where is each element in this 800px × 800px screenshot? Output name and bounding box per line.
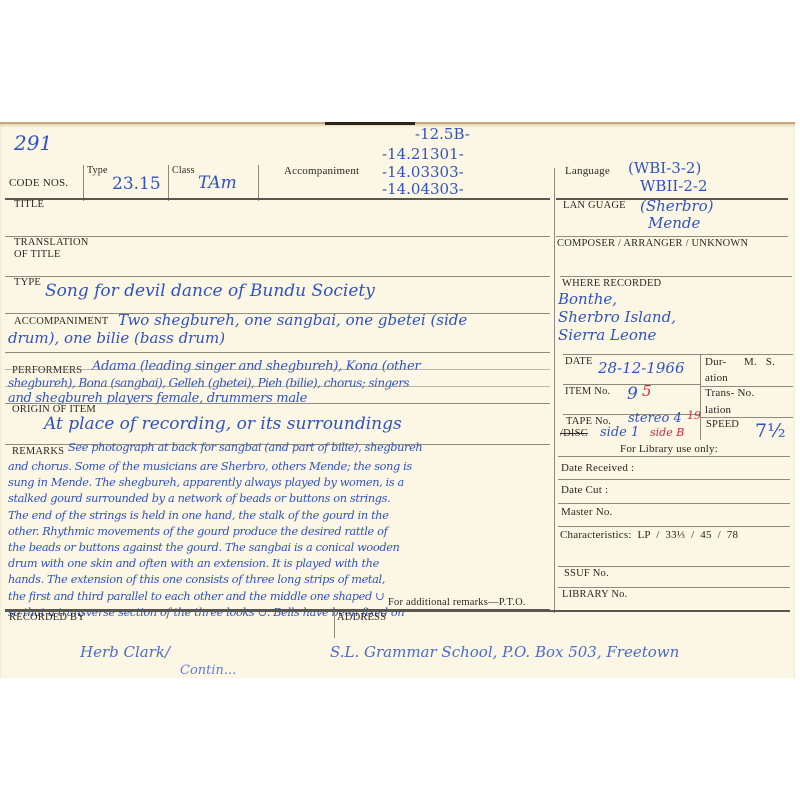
performers-label: PERFORMERS bbox=[12, 365, 82, 376]
translation-label-2: OF TITLE bbox=[14, 249, 61, 260]
translation-no-label-2: lation bbox=[705, 404, 731, 416]
rule bbox=[5, 386, 550, 387]
code-number: 291 bbox=[14, 133, 52, 153]
language-label: Language bbox=[565, 165, 610, 177]
translation-no-label-1: Trans- No. bbox=[705, 387, 754, 399]
language-value-2: WBII-2-2 bbox=[640, 179, 708, 194]
tape-no-value-1-red: 19 bbox=[687, 410, 701, 421]
pto-note: For additional remarks—P.T.O. bbox=[388, 597, 526, 608]
recorded-by-value-2: Contin... bbox=[180, 664, 236, 677]
translation-label-1: TRANSLATION bbox=[14, 237, 89, 248]
rule bbox=[5, 352, 550, 353]
remarks-line-1: See photograph at back for sangbai (and … bbox=[68, 442, 422, 453]
accompaniment-code-1: -12.5B- bbox=[415, 127, 470, 142]
rule bbox=[5, 198, 550, 200]
item-no-value-red: 5 bbox=[642, 384, 652, 399]
code-nos-label: CODE NOS. bbox=[9, 177, 68, 189]
remarks-line: drum with one skin and often with an ext… bbox=[8, 556, 548, 572]
rule bbox=[558, 503, 790, 504]
accompaniment-code-label: Accompaniment bbox=[284, 165, 359, 177]
accompaniment-line-1: Two shegbureh, one sangbai, one gbetei (… bbox=[118, 313, 467, 328]
column-divider bbox=[554, 168, 555, 613]
library-header: For Library use only: bbox=[620, 443, 718, 455]
lan-guage-label: LAN GUAGE bbox=[563, 200, 626, 211]
divider bbox=[334, 612, 335, 638]
accompaniment-code-2: -14.21301- bbox=[382, 147, 464, 162]
accompaniment-label: ACCOMPANIMENT bbox=[14, 316, 108, 327]
rule bbox=[558, 526, 790, 527]
date-value: 28-12-1966 bbox=[598, 361, 684, 376]
lan-guage-value-1: (Sherbro) bbox=[640, 199, 714, 214]
lan-guage-value-2: Mende bbox=[648, 216, 700, 231]
address-label: ADDRESS bbox=[337, 612, 386, 623]
duration-label-1: Dur- bbox=[705, 356, 726, 368]
recorded-by-label: RECORDED BY bbox=[9, 612, 85, 623]
ssuf-no-label: SSUF No. bbox=[564, 568, 609, 579]
remarks-line: The end of the strings is held in one ha… bbox=[8, 508, 548, 524]
remarks-line: other. Rhythmic movements of the gourd p… bbox=[8, 524, 548, 540]
speed-label: SPEED bbox=[706, 419, 739, 430]
card-top-edge bbox=[325, 122, 415, 125]
origin-value: At place of recording, or its surroundin… bbox=[44, 416, 402, 433]
accompaniment-code-3: -14.03303- bbox=[382, 165, 464, 180]
rule bbox=[558, 566, 790, 567]
disc-label: /DISC bbox=[560, 428, 588, 439]
class-value: TAm bbox=[198, 175, 237, 192]
date-received-label: Date Received : bbox=[561, 462, 634, 474]
duration-label-2: ation bbox=[705, 372, 728, 384]
rule bbox=[5, 369, 550, 370]
divider bbox=[83, 165, 84, 201]
rule bbox=[558, 456, 790, 457]
class-label: Class bbox=[172, 165, 195, 176]
performers-line-1: Adama (leading singer and shegbureh), Ko… bbox=[92, 360, 420, 373]
remarks-label: REMARKS bbox=[12, 446, 64, 457]
characteristics-label: Characteristics: LP / 33⅓ / 45 / 78 bbox=[560, 529, 738, 541]
where-recorded-label: WHERE RECORDED bbox=[562, 278, 661, 289]
title-label: TITLE bbox=[14, 199, 44, 210]
rule bbox=[556, 236, 788, 237]
library-no-label: LIBRARY No. bbox=[562, 589, 627, 600]
remarks-line: the beads or buttons against the gourd. … bbox=[8, 540, 548, 556]
performers-line-2: shegbureh), Bona (sangbai), Gelleh (gbet… bbox=[8, 377, 409, 389]
divider bbox=[168, 165, 169, 201]
date-cut-label: Date Cut : bbox=[561, 484, 608, 496]
address-value: S.L. Grammar School, P.O. Box 503, Freet… bbox=[330, 645, 679, 660]
duration-units: M. S. bbox=[744, 356, 775, 368]
remarks-line: hands. The extension of this one consist… bbox=[8, 572, 548, 588]
where-recorded-line-1: Bonthe, bbox=[558, 292, 617, 307]
composer-label: COMPOSER / ARRANGER / UNKNOWN bbox=[557, 238, 748, 249]
where-recorded-line-2: Sherbro Island, bbox=[558, 310, 676, 325]
divider bbox=[700, 354, 701, 440]
speed-value: 7½ bbox=[755, 422, 786, 441]
recorded-by-value: Herb Clark/ bbox=[80, 645, 170, 660]
where-recorded-line-3: Sierra Leone bbox=[558, 328, 656, 343]
master-no-label: Master No. bbox=[561, 506, 613, 518]
rule bbox=[563, 354, 793, 355]
rule bbox=[558, 479, 790, 480]
language-value-1: (WBI-3-2) bbox=[628, 161, 701, 176]
rule bbox=[560, 276, 792, 277]
rule bbox=[700, 417, 793, 418]
type-value: 23.15 bbox=[112, 176, 161, 193]
rule bbox=[5, 276, 550, 277]
accompaniment-line-2: drum), one bilie (bass drum) bbox=[8, 331, 225, 346]
tape-no-value-1: stereo 4 bbox=[628, 412, 682, 425]
divider bbox=[258, 165, 259, 201]
date-label: DATE bbox=[565, 356, 593, 367]
remarks-line: and chorus. Some of the musicians are Sh… bbox=[8, 459, 548, 475]
rule bbox=[558, 587, 790, 588]
remarks-line: stalked gourd surrounded by a network of… bbox=[8, 491, 548, 507]
type-row-value: Song for devil dance of Bundu Society bbox=[45, 283, 375, 300]
item-no-label: ITEM No. bbox=[565, 386, 610, 397]
remarks-line: sung in Mende. The shegbureh, apparently… bbox=[8, 475, 548, 491]
tape-no-value-2: side 1 bbox=[600, 426, 639, 439]
accompaniment-code-4: -14.04303- bbox=[382, 182, 464, 197]
tape-no-value-2-red: side B bbox=[650, 427, 684, 438]
item-no-value: 9 bbox=[627, 386, 638, 403]
type-row-label: TYPE bbox=[14, 277, 41, 288]
type-label: Type bbox=[87, 165, 108, 176]
rule bbox=[5, 610, 790, 612]
